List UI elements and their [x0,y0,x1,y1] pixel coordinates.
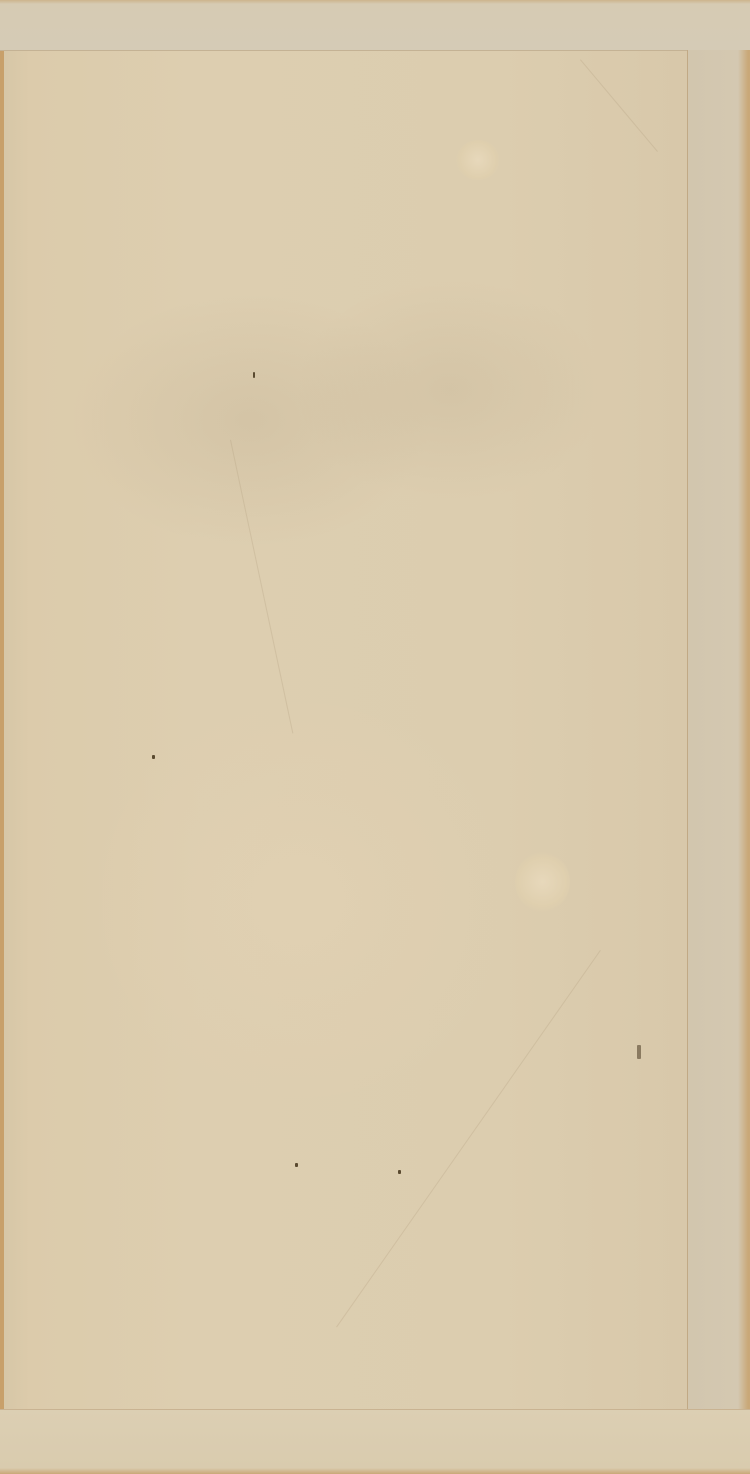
speck [152,755,155,759]
crease-line [580,59,658,152]
paper-damage-mark [515,852,570,912]
crease-line [336,950,601,1327]
aged-paper-sheet [0,0,750,1474]
speck [637,1045,641,1059]
bottom-mount-band [0,1409,750,1474]
right-mount-band [687,50,750,1410]
top-mount-band [0,0,750,51]
left-edge [0,0,4,1474]
speck [295,1163,298,1167]
speck [398,1170,401,1174]
speck [253,372,255,378]
crease-line [230,440,293,734]
water-stain [456,140,500,180]
